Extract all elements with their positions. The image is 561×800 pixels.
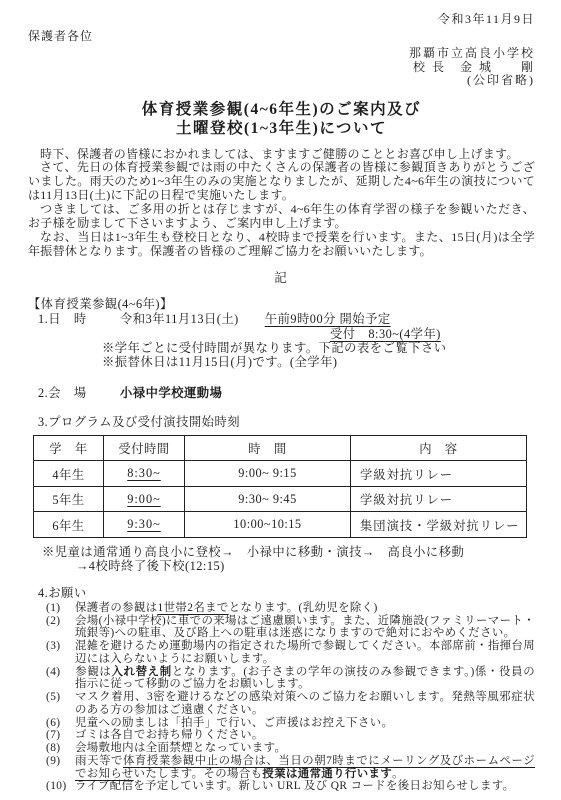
request-item: (10)ライブ配信を予定しています。新しい URL 及び QR コードを後日お知… <box>28 780 535 793</box>
request-text: いたします。その場合も <box>134 768 263 780</box>
request-text: 。 <box>392 768 404 780</box>
program-table: 学 年 受付時間 時 間 内 容 4年生8:30~9:00~ 9:15学級対抗リ… <box>33 435 527 538</box>
program-heading: 3.プログラム及び受付演技開始時刻 <box>38 415 535 429</box>
venue-line: 2.会 場小禄中学校運動場 <box>38 386 535 400</box>
datetime-note-1: ※学年ごとに受付時間が異なります。下記の表をご覧下さい <box>102 341 535 355</box>
document-page: 令和3年11月9日 保護者各位 那覇市立高良小学校 校 長 金 城 剛 (公印省… <box>0 0 561 800</box>
requests-list: (1)保護者の参観は1世帯2名までとなります。(乳幼児を除く)(2)会場(小禄中… <box>28 602 535 793</box>
title-line-1: 体育授業参観(4~6年生)のご案内及び <box>28 100 535 120</box>
cell-time: 9:00~ 9:15 <box>185 461 351 487</box>
request-text: マスク着用、3密を避けるなどの感染対策へのご協力をお願いします。発熱等風邪症状の… <box>75 691 535 716</box>
datetime-label: 1.日 時 <box>38 312 120 326</box>
table-header-row: 学 年 受付時間 時 間 内 容 <box>34 435 527 461</box>
document-title: 体育授業参観(4~6年生)のご案内及び 土曜登校(1~3年生)について <box>28 100 535 139</box>
requests-heading: 4.お願い <box>38 587 535 600</box>
request-item: (6)児童への励ましは「拍手」で行い、ご声援はお控え下さい。 <box>28 717 535 730</box>
request-item: (4)参観は入れ替え制となります。(お子さまの学年の演技のみ参観できます。)係・… <box>28 666 535 692</box>
header-grade: 学 年 <box>34 435 104 461</box>
table-row: 6年生9:30~10:00~10:15集団演技・学級対抗リレー <box>34 512 527 538</box>
table-note-2: →4校時終了後下校(12:15) <box>76 559 535 573</box>
sender-block: 那覇市立高良小学校 校 長 金 城 剛 (公印省略) <box>28 47 535 88</box>
datetime-date: 令和3年11月13日(土) <box>120 312 239 326</box>
request-item: (5)マスク着用、3密を避けるなどの感染対策へのご協力をお願いします。発熱等風邪… <box>28 691 535 717</box>
venue-value: 小禄中学校運動場 <box>120 386 222 400</box>
header-reception: 受付時間 <box>104 435 185 461</box>
body-paragraph: つきましては、ご多用の折とは存じますが、4~6年生の体育学習の様子を参観いただき… <box>28 203 535 231</box>
table-row: 4年生8:30~9:00~ 9:15学級対抗リレー <box>34 461 527 487</box>
sender-school: 那覇市立高良小学校 <box>28 47 535 61</box>
request-text: 入れ替え制 <box>111 666 171 678</box>
request-item: (3)混雑を避けるため運動場内の指定された場所で参観してください。本部席前・指揮… <box>28 640 535 666</box>
datetime-start: 午前9時00分 開始予定 <box>265 312 391 326</box>
cell-content: 学級対抗リレー <box>351 461 527 487</box>
section-header: 【体育授業参観(4~6年)】 <box>28 297 535 311</box>
table-row: 5年生9:00~9:30~ 9:45学級対抗リレー <box>34 486 527 512</box>
request-text: 保護者の参観は <box>75 602 158 614</box>
request-marker: (4) <box>46 666 75 679</box>
request-marker: (10) <box>46 780 75 793</box>
cell-reception: 9:00~ <box>104 486 185 512</box>
request-text: ゴミは各自でお持ち帰りください。 <box>75 729 264 741</box>
reception-time: 受付 8:30~(4学年) <box>330 327 441 341</box>
cell-content: 学級対抗リレー <box>351 486 527 512</box>
cell-time: 10:00~10:15 <box>185 512 351 538</box>
request-text: ライブ配信を予定しています。新しい URL 及び QR コードを後日お知らせしま… <box>75 780 514 792</box>
request-text: 混雑を避けるため運動場内の指定された場所で参観してください。本部席前・指揮台周辺… <box>75 640 535 665</box>
cell-grade: 6年生 <box>34 512 104 538</box>
request-text: 会場(小禄中学校)に車での来場はご遠慮願います。また、近隣施設(ファミリーマート… <box>75 615 535 640</box>
request-text: 児童への励ましは「拍手」で行い、ご声援はお控え下さい。 <box>75 717 393 729</box>
cell-content: 集団演技・学級対抗リレー <box>351 512 527 538</box>
datetime-note-2: ※振替休日は11月15日(月)です。(全学年) <box>102 355 535 369</box>
sender-principal: 校 長 金 城 剛 <box>28 61 535 75</box>
reception-line: 受付 8:30~(4学年) <box>38 327 535 341</box>
request-marker: (9) <box>46 755 75 768</box>
request-text: 雨天等で <box>75 755 123 767</box>
body-paragraph: なお、当日は1~3年生も登校日となり、4校時まで授業を行います。また、15日(月… <box>28 231 535 259</box>
request-marker: (7) <box>46 729 75 742</box>
request-marker: (5) <box>46 691 75 704</box>
cell-grade: 4年生 <box>34 461 104 487</box>
request-text: 参観は <box>75 666 111 678</box>
request-item: (9)雨天等で体育授業参観中止の場合は、当日の朝7時までにメーリング及びホームペ… <box>28 755 535 781</box>
ki-label: 記 <box>28 272 535 285</box>
request-text: 会場敷地内は全面禁煙となっています。 <box>75 742 286 754</box>
request-text: 授業は通常通り行います <box>262 768 392 780</box>
request-marker: (8) <box>46 742 75 755</box>
sender-seal-note: (公印省略) <box>28 74 535 88</box>
recipient: 保護者各位 <box>28 29 535 43</box>
request-marker: (6) <box>46 717 75 730</box>
request-text: 1世帯2名まで <box>158 602 229 614</box>
request-item: (7)ゴミは各自でお持ち帰りください。 <box>28 729 535 742</box>
header-time: 時 間 <box>185 435 351 461</box>
request-marker: (3) <box>46 640 75 653</box>
request-item: (1)保護者の参観は1世帯2名までとなります。(乳幼児を除く) <box>28 602 535 615</box>
cell-reception: 9:30~ <box>104 512 185 538</box>
body-paragraph: さて、先日の体育授業参観では雨の中たくさんの保護者の皆様に参観頂きありがとうござ… <box>28 161 535 203</box>
table-note-1: ※児童は通常通り高良小に登校→ 小禄中に移動・演技→ 高良小に移動 <box>42 545 535 559</box>
header-content: 内 容 <box>351 435 527 461</box>
request-marker: (1) <box>46 602 75 615</box>
datetime-line: 1.日 時令和3年11月13日(土)午前9時00分 開始予定 <box>38 312 535 326</box>
request-marker: (2) <box>46 615 75 628</box>
request-item: (2)会場(小禄中学校)に車での来場はご遠慮願います。また、近隣施設(ファミリー… <box>28 615 535 641</box>
request-item: (8)会場敷地内は全面禁煙となっています。 <box>28 742 535 755</box>
venue-label: 2.会 場 <box>38 386 120 400</box>
cell-time: 9:30~ 9:45 <box>185 486 351 512</box>
title-line-2: 土曜登校(1~3年生)について <box>28 119 535 139</box>
request-text: となります。(乳幼児を除く) <box>229 602 378 614</box>
cell-grade: 5年生 <box>34 486 104 512</box>
document-date: 令和3年11月9日 <box>28 12 535 26</box>
cell-reception: 8:30~ <box>104 461 185 487</box>
body-paragraphs: 時下、保護者の皆様におかれましては、ますますご健勝のこととお喜び申し上げます。さ… <box>28 148 535 259</box>
